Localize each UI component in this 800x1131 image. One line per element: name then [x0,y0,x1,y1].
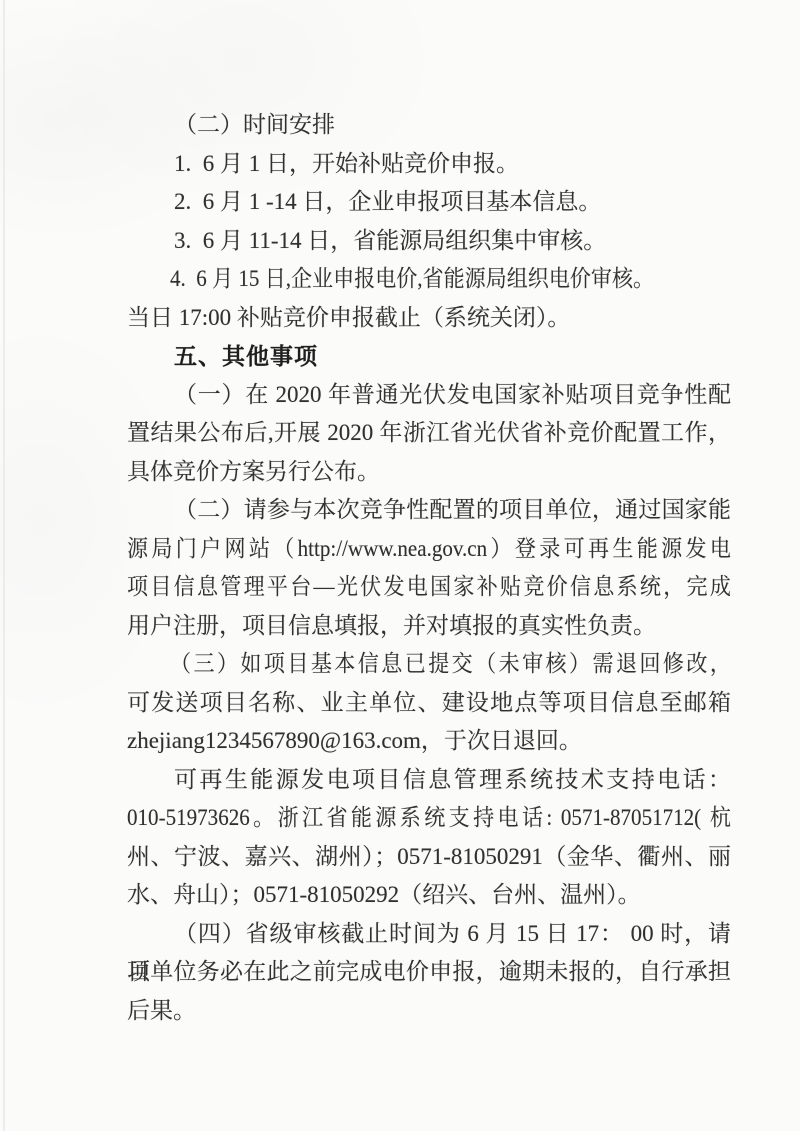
text-line: 具体竞价方案另行公布。 [127,453,731,492]
text-line: 1. 6 月 1 日，开始补贴竞价申报。 [127,145,731,184]
text-line: （二）时间安排 [127,106,731,145]
text-line: 后果。 [127,992,731,1031]
text-line: 源局门户网站（http://www.nea.gov.cn）登录可再生能源发电 [127,530,731,569]
text-line: （四）省级审核截止时间为 6 月 15 日 17： 00 时，请项 [127,915,731,954]
text-line: 2. 6 月 1 -14 日，企业申报项目基本信息。 [127,183,731,222]
text-line: 目单位务必在此之前完成电价申报，逾期未报的，自行承担 [127,953,731,992]
text-line: 州、宁波、嘉兴、湖州）；0571-81050291（金华、衢州、丽 [127,838,731,877]
text-line: （二）请参与本次竞争性配置的项目单位，通过国家能 [127,491,731,530]
document-page: （二）时间安排1. 6 月 1 日，开始补贴竞价申报。2. 6 月 1 -14 … [0,0,800,1131]
text-line: 可再生能源发电项目信息管理系统技术支持电话： [127,761,731,800]
text-line: 可发送项目名称、业主单位、建设地点等项目信息至邮箱 [127,684,731,723]
text-line: 五、其他事项 [127,337,731,376]
text-line: 项目信息管理平台—光伏发电国家补贴竞价信息系统，完成 [127,568,731,607]
text-line: 010-51973626。浙江省能源系统支持电话: 0571-87051712(… [127,799,731,838]
text-line: 4. 6 月 15 日,企业申报电价,省能源局组织电价审核。 [127,260,731,299]
page-left-edge [3,0,5,1131]
text-line: zhejiang1234567890@163.com，于次日退回。 [127,722,731,761]
text-line: （三）如项目基本信息已提交（未审核）需退回修改， [127,645,731,684]
text-line: （一）在 2020 年普通光伏发电国家补贴项目竞争性配 [127,376,731,415]
document-body: （二）时间安排1. 6 月 1 日，开始补贴竞价申报。2. 6 月 1 -14 … [127,106,731,1030]
text-line: 水、舟山）；0571-81050292（绍兴、台州、温州）。 [127,876,731,915]
text-line: 3. 6 月 11-14 日，省能源局组织集中审核。 [127,222,731,261]
text-line: 用户注册，项目信息填报，并对填报的真实性负责。 [127,607,731,646]
text-line: 当日 17:00 补贴竞价申报截止（系统关闭）。 [127,299,731,338]
text-line: 置结果公布后,开展 2020 年浙江省光伏省补竞价配置工作， [127,414,731,453]
